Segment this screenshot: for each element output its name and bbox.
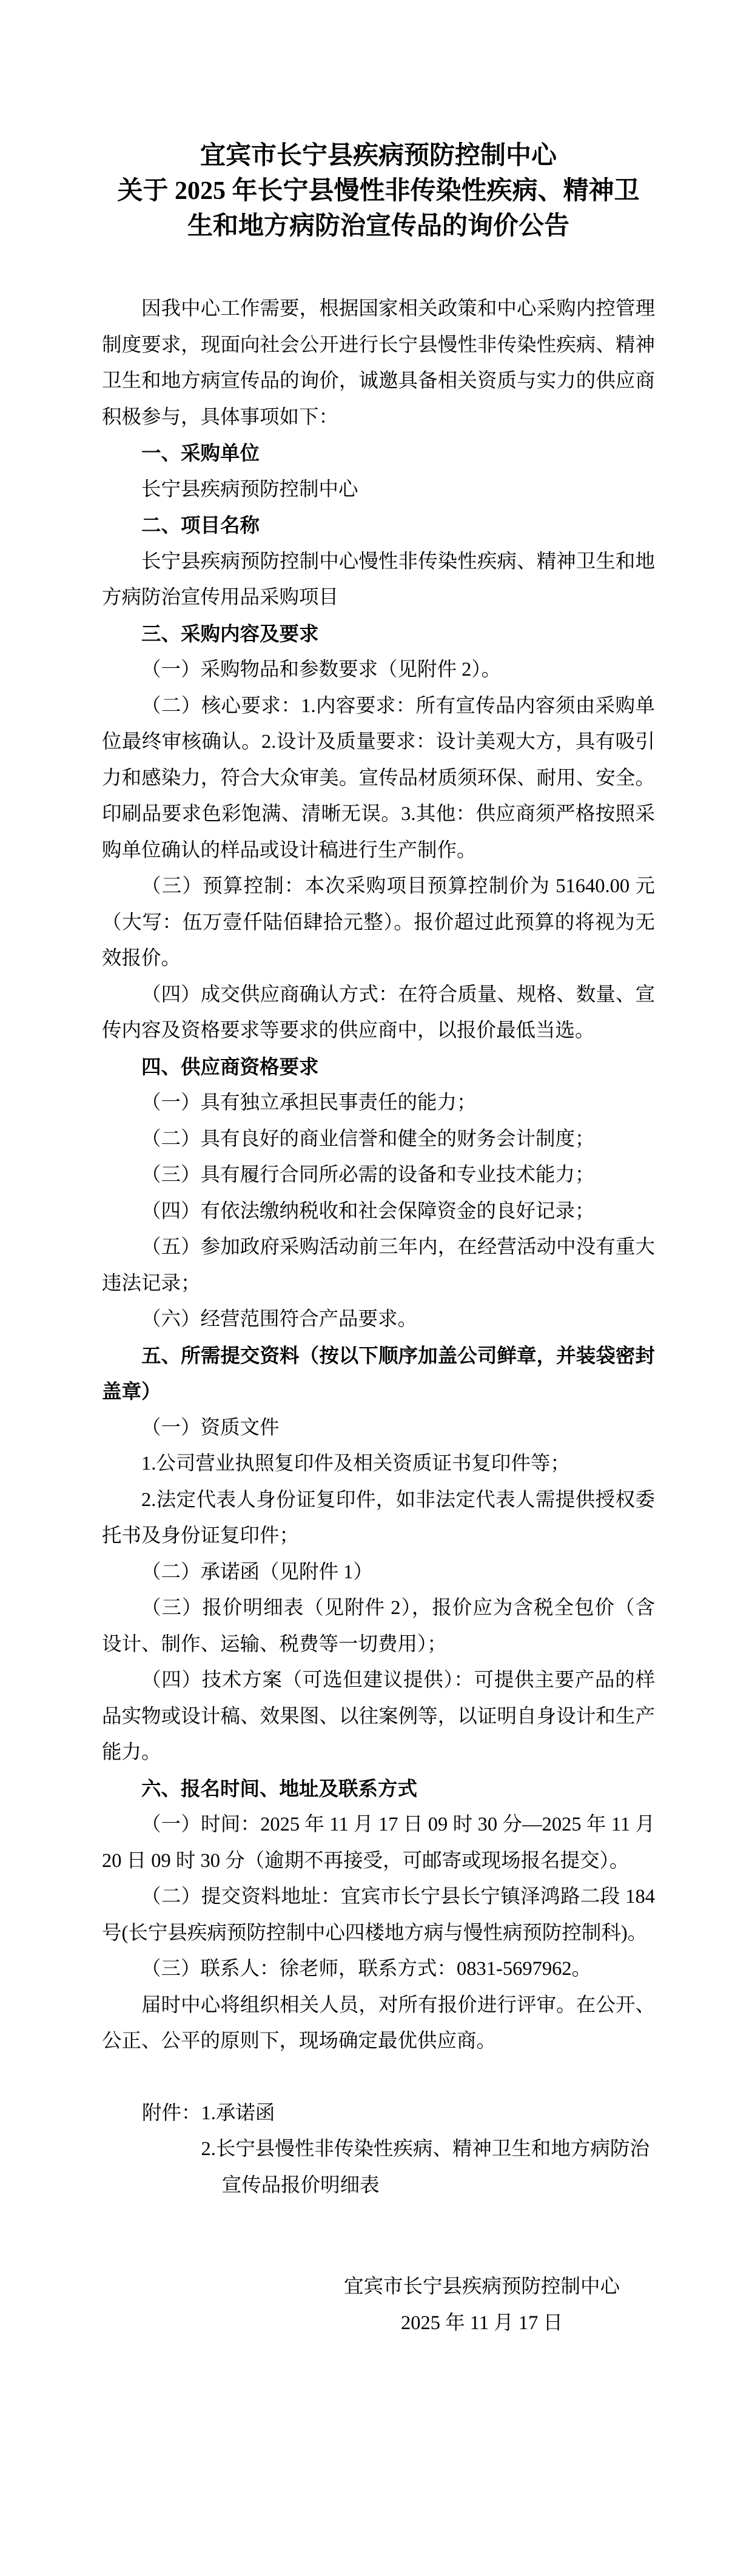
paragraph: （二）核心要求：1.内容要求：所有宣传品内容须由采购单位最终审核确认。2.设计及… — [102, 688, 655, 869]
paragraph: （一）采购物品和参数要求（见附件 2）。 — [102, 652, 655, 688]
paragraph: 2.法定代表人身份证复印件，如非法定代表人需提供授权委托书及身份证复印件； — [102, 1482, 655, 1555]
paragraph: （六）经营范围符合产品要求。 — [102, 1302, 655, 1338]
title-line-1: 宜宾市长宁县疾病预防控制中心 — [102, 138, 655, 173]
paragraph: （二）承诺函（见附件 1） — [102, 1555, 655, 1591]
paragraph: （一）具有独立承担民事责任的能力； — [102, 1085, 655, 1122]
paragraph: （五）参加政府采购活动前三年内，在经营活动中没有重大违法记录； — [102, 1229, 655, 1302]
attachment-item: 1.承诺函 — [201, 2096, 655, 2132]
paragraph: （四）成交供应商确认方式：在符合质量、规格、数量、宣传内容及资格要求等要求的供应… — [102, 977, 655, 1049]
attachment-label: 附件： — [142, 2096, 201, 2132]
section-heading: 一、采购单位 — [102, 435, 655, 472]
paragraph: （二）提交资料地址：宜宾市长宁县长宁镇泽鸿路二段 184 号(长宁县疾病预防控制… — [102, 1879, 655, 1951]
document-title: 宜宾市长宁县疾病预防控制中心 关于 2025 年长宁县慢性非传染性疾病、精神卫 … — [102, 138, 655, 244]
paragraph: 长宁县疾病预防控制中心 — [102, 472, 655, 508]
paragraph: 长宁县疾病预防控制中心慢性非传染性疾病、精神卫生和地方病防治宣传用品采购项目 — [102, 544, 655, 616]
document-body: 因我中心工作需要，根据国家相关政策和中心采购内控管理制度要求，现面向社会公开进行… — [102, 291, 655, 2060]
section-heading: 四、供应商资格要求 — [102, 1049, 655, 1086]
paragraph: （三）报价明细表（见附件 2），报价应为含税全包价（含设计、制作、运输、税费等一… — [102, 1590, 655, 1663]
title-line-3: 生和地方病防治宣传品的询价公告 — [102, 209, 655, 244]
section-heading: 二、项目名称 — [102, 508, 655, 544]
signature-block: 宜宾市长宁县疾病预防控制中心 2025 年 11 月 17 日 — [344, 2269, 620, 2341]
paragraph: （一）资质文件 — [102, 1410, 655, 1447]
paragraph: 1.公司营业执照复印件及相关资质证书复印件等； — [102, 1446, 655, 1482]
attachment-list: 附件： 1.承诺函 2.长宁县慢性非传染性疾病、精神卫生和地方病防治宣传品报价明… — [102, 2096, 655, 2204]
paragraph: （三）预算控制：本次采购项目预算控制价为 51640.00 元（大写：伍万壹仟陆… — [102, 869, 655, 977]
paragraph: （三）具有履行合同所必需的设备和专业技术能力； — [102, 1157, 655, 1194]
section-heading: 五、所需提交资料（按以下顺序加盖公司鲜章，并装袋密封盖章） — [102, 1338, 655, 1410]
paragraph: （四）技术方案（可选但建议提供）：可提供主要产品的样品实物或设计稿、效果图、以往… — [102, 1663, 655, 1771]
attachment-item: 2.长宁县慢性非传染性疾病、精神卫生和地方病防治宣传品报价明细表 — [201, 2131, 655, 2204]
signature-date: 2025 年 11 月 17 日 — [401, 2305, 563, 2342]
paragraph: （一）时间：2025 年 11 月 17 日 09 时 30 分—2025 年 … — [102, 1807, 655, 1879]
paragraph: （四）有依法缴纳税收和社会保障资金的良好记录； — [102, 1194, 655, 1230]
paragraph: 因我中心工作需要，根据国家相关政策和中心采购内控管理制度要求，现面向社会公开进行… — [102, 291, 655, 435]
section-heading: 三、采购内容及要求 — [102, 616, 655, 653]
paragraph: 届时中心将组织相关人员，对所有报价进行评审。在公开、公正、公平的原则下，现场确定… — [102, 1988, 655, 2060]
title-line-2: 关于 2025 年长宁县慢性非传染性疾病、精神卫 — [102, 173, 655, 209]
attachment-items: 1.承诺函 2.长宁县慢性非传染性疾病、精神卫生和地方病防治宣传品报价明细表 — [201, 2096, 655, 2204]
document-page: 宜宾市长宁县疾病预防控制中心 关于 2025 年长宁县慢性非传染性疾病、精神卫 … — [0, 0, 752, 2576]
section-heading: 六、报名时间、地址及联系方式 — [102, 1771, 655, 1808]
paragraph: （二）具有良好的商业信誉和健全的财务会计制度； — [102, 1122, 655, 1158]
paragraph: （三）联系人：徐老师，联系方式：0831-5697962。 — [102, 1951, 655, 1988]
signature-org: 宜宾市长宁县疾病预防控制中心 — [344, 2269, 620, 2305]
